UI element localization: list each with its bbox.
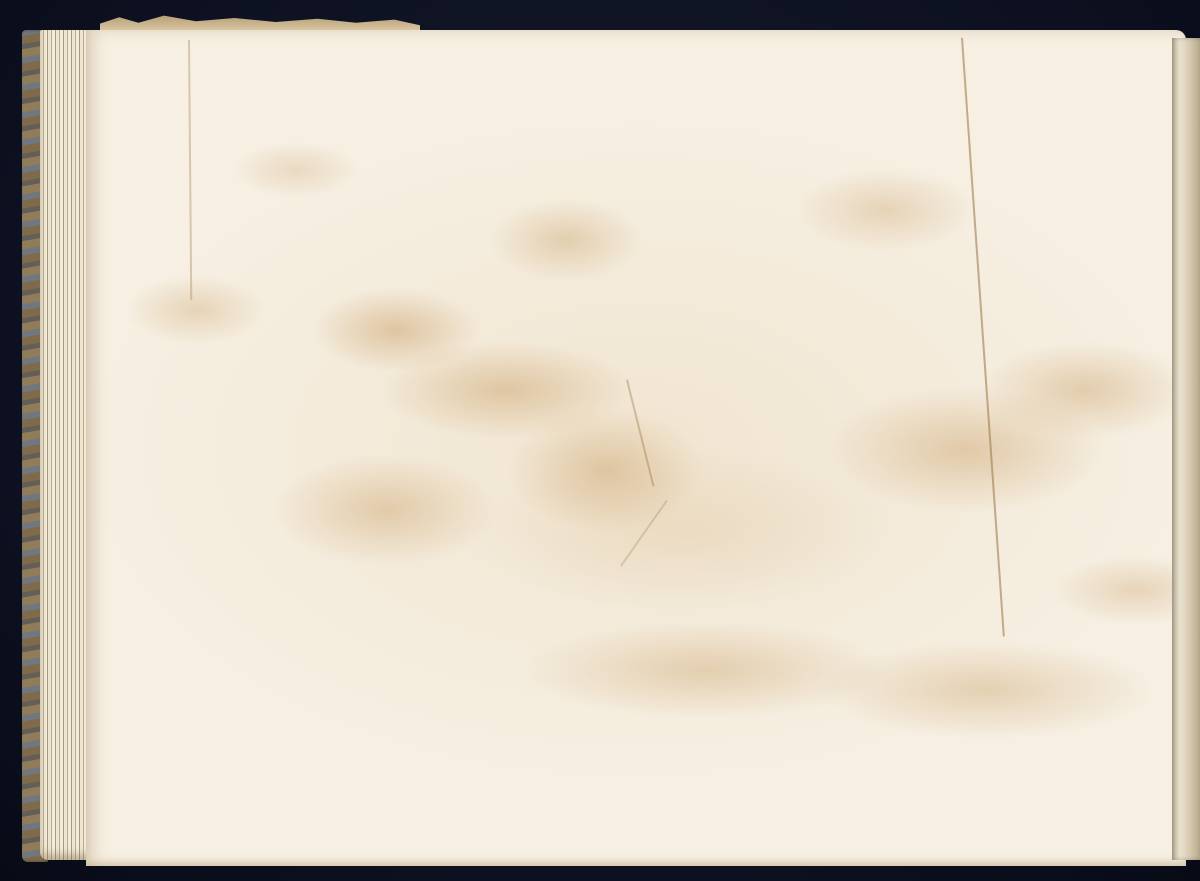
blank-foxed-page [86, 30, 1186, 866]
facing-page-gutter [1172, 38, 1200, 860]
page-crease [188, 40, 192, 300]
page-stack-edges [40, 30, 92, 860]
page-crease [620, 500, 668, 567]
page-crease [626, 380, 655, 487]
page-crease [961, 38, 1005, 637]
